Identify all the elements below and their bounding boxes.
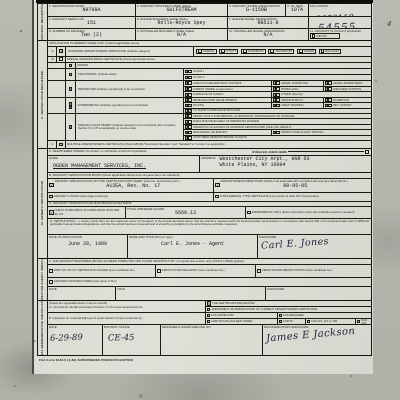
far-65-checkbox xyxy=(279,320,283,324)
exhibition-checkbox xyxy=(328,98,332,102)
import-option-label: IMPORT xyxy=(316,35,327,38)
district-office-label: DISTRICT OFFICE xyxy=(104,326,159,329)
aerial-surveying-label: AERIAL SURVEYING xyxy=(281,82,308,85)
limited-indent xyxy=(48,63,66,68)
propeller-builder-field: 9. PROPELLER BUILDER'S NAME (Make) N/A xyxy=(136,29,228,40)
name-title-label: NAME AND TITLE (Print or type) xyxy=(129,236,256,239)
section-4-side-strip: IV. INSPECTION AGENCY VERIFICATION xyxy=(38,259,48,300)
owner-certification-text: D. CERTIFICATION — I hereby certify that… xyxy=(48,219,371,234)
class-2-checkbox xyxy=(188,76,192,80)
opt-faa-inspector: FAA INSPECTOR xyxy=(206,313,278,318)
section-4-side-label: IV. INSPECTION AGENCY VERIFICATION xyxy=(41,259,44,300)
certificate-holder-label: CERTIFICATE HOLDER UNDER xyxy=(211,320,252,323)
aircraft-is-label: 11. AIRCRAFT IS (Check if applicable) xyxy=(310,30,370,33)
section-1-side-label: I. AIRCRAFT DESCRIPTION xyxy=(41,4,44,40)
opt-evacuate: 2EVACUATE FROM AREA OF IMPENDING DANGER xyxy=(184,119,371,123)
excess-weight-checkbox xyxy=(188,125,192,129)
records-compliance-field: X CHECK IF RECORDS IN COMPLIANCE WITH FA… xyxy=(48,207,126,218)
item-a-letter-cell: A xyxy=(48,47,57,56)
opt-class-1: 1CLASS I xyxy=(184,69,371,74)
section-5-side-strip: V. FAA REPRESENTATIVE CERTIFICATION xyxy=(38,301,48,355)
registration-mark-field: 1. REGISTRATION MARK N9798A xyxy=(48,4,136,16)
experimental-num-cell: 5X xyxy=(66,98,76,113)
propeller-model-value: N/A xyxy=(229,33,307,39)
faa-coding-2-value-handwritten: 54555 xyxy=(318,21,357,28)
owner-name-field: NAME OGDEN MANAGEMENT SERVICES, INC. xyxy=(48,156,200,172)
engine-builder-field: 6. ENGINE BUILDER'S NAME (Make) Rolls-Ro… xyxy=(136,17,228,28)
cargo-checkbox xyxy=(188,93,192,97)
ferry-checkbox xyxy=(188,114,192,118)
sfp-options: 1FERRY FLIGHT FOR REPAIRS, ALTERATIONS, … xyxy=(184,114,371,140)
owner-name-value: OGDEN MANAGEMENT SERVICES, INC. xyxy=(53,164,198,170)
import-checkbox xyxy=(312,34,316,38)
amateur-label: AMATEUR BUILT xyxy=(281,99,303,102)
owner-name-label: NAME xyxy=(49,157,198,160)
normal-checkbox xyxy=(198,49,202,53)
restricted-options: 1AGRICULTURE AND PEST CONTROL 2AERIAL SU… xyxy=(184,81,371,97)
provisional-options: 1CLASS I 2CLASS II xyxy=(184,69,371,80)
district-office-value-handwritten: CE-45 xyxy=(108,332,159,343)
opt-mkt-survey: 6MKT. SURVEY xyxy=(324,103,371,107)
faa-designee-label: FAA DESIGNEE xyxy=(283,314,303,317)
section-3-side-strip: III. OWNER'S CERTIFICATION xyxy=(38,149,48,258)
owner-signature-field: SIGNATURE Carl E. Jones xyxy=(258,235,371,258)
aircraft-manufacturer-field: AIRCRAFT MANUFACTURER (Give name of firm… xyxy=(48,278,371,286)
opt-production-testing: 5PRODUCTION FLIGHT TESTING xyxy=(272,130,371,134)
provisional-checkbox: 3 xyxy=(69,73,73,77)
patrolling-checkbox xyxy=(276,87,280,91)
stc-field: SUPPLEMENTAL TYPE CERTIFICATE (List numb… xyxy=(214,193,371,201)
owner-address-line-2: White Plains, NY 10604 xyxy=(220,163,370,169)
dealer-check-area: IF DEALER, CHECK HERE xyxy=(251,150,371,154)
excess-weight-label: OPERATION IN EXCESS OF MAXIMUM CERTIFICA… xyxy=(193,126,291,129)
balloon-label: BALLOON xyxy=(325,50,338,53)
repair-station-label: CERTIFICATED REPAIR STATION (Give Certif… xyxy=(261,269,332,272)
experimental-only-label: EXPERIMENTAL ONLY (Enter hours flown sin… xyxy=(251,211,355,214)
limited-label: LIMITED xyxy=(77,64,88,67)
standard-certificate-label: STANDARD AIRWORTHINESS CERTIFICATE (Indi… xyxy=(68,50,150,53)
far-121-checkbox xyxy=(307,320,311,324)
section-3-side-label: III. OWNER'S CERTIFICATION xyxy=(41,181,44,225)
section-5-side-label: V. FAA REPRESENTATIVE CERTIFICATION xyxy=(41,301,44,355)
experimental-cell: EXPERIMENTAL (Indicate operation(s) to b… xyxy=(76,98,184,113)
weather-control-label: WEATHER CONTROL xyxy=(333,88,361,91)
designee-signature-field: DESIGNEE'S SIGNATURE AND NO. xyxy=(161,325,263,355)
customer-demo-label: CUSTOMER DEMONSTRATION FLIGHTS xyxy=(193,136,247,139)
class-1-label: CLASS I xyxy=(193,70,204,73)
opt-customer-demo: 6CUSTOMER DEMONSTRATION FLIGHTS xyxy=(184,136,371,140)
far-145-checkbox xyxy=(357,320,361,324)
number-of-engines-value: Two (2) xyxy=(49,33,134,39)
research-label: RESEARCH AND DEVELOPMENT xyxy=(193,99,237,102)
patrolling-label: PATROLLING xyxy=(281,88,298,91)
find-requirements-label: A. I find that the aircraft described in… xyxy=(49,306,204,309)
opt-patrolling: 5PATROLLING xyxy=(272,87,324,92)
item-b-letter: B xyxy=(52,58,54,61)
special-certificate-label: SPECIAL AIRWORTHINESS CERTIFICATE (Check… xyxy=(67,58,155,61)
special-checkbox xyxy=(59,57,63,61)
propeller-model-field: 10. PROPELLER MODEL DESIGNATION N/A xyxy=(228,29,309,40)
item-c-num-cell: 7 xyxy=(57,141,66,148)
standard-certificate-cell: STANDARD AIRWORTHINESS CERTIFICATE (Indi… xyxy=(66,47,194,56)
evacuate-label: EVACUATE FROM AREA OF IMPENDING DANGER xyxy=(193,120,259,123)
far-65-label: FAR 65 xyxy=(283,320,292,323)
provisional-cell: PROVISIONAL (Indicate class) xyxy=(76,69,184,80)
opt-agriculture: 1AGRICULTURE AND PEST CONTROL xyxy=(184,81,272,86)
faa-date-value-handwritten: 6-29-89 xyxy=(50,332,101,344)
section-1-side-strip: I. AIRCRAFT DESCRIPTION xyxy=(38,4,48,40)
section-owners-certification: III. OWNER'S CERTIFICATION A. REGISTERED… xyxy=(38,149,371,259)
section-faa-representative: V. FAA REPRESENTATIVE CERTIFICATION (Che… xyxy=(38,301,371,355)
agriculture-checkbox xyxy=(188,81,192,85)
opt-far-145: FAR 145 xyxy=(356,319,371,324)
mkt-survey-label: MKT. SURVEY xyxy=(333,104,352,107)
aerial-surveying-checkbox xyxy=(276,81,280,85)
production-checkbox xyxy=(276,131,280,135)
aircraft-listing-checkbox xyxy=(49,195,53,199)
experimental-only-field: EXPERIMENTAL ONLY (Enter hours flown sin… xyxy=(246,207,371,218)
opt-forest: 4FOREST (Wildlife conservation) xyxy=(184,87,272,92)
operation-records-header: C. AIRCRAFT OPERATION AND MAINTENANCE RE… xyxy=(48,202,131,205)
acrobatic-label: ACROBATIC xyxy=(248,50,264,53)
name-title-value: Carl E. Jones - Agent xyxy=(129,242,256,248)
faa-designee-checkbox xyxy=(279,314,283,318)
utility-label: UTILITY xyxy=(226,50,236,53)
faa-coding-value-handwritten: 3980110 xyxy=(316,13,354,16)
certificated-mechanic-field: CERTIFICATED MECHANIC (Give Certificate … xyxy=(156,265,256,277)
restricted-cell: RESTRICTED (Indicate operation(s) to be … xyxy=(76,81,184,97)
opt-faa-designee: FAA DESIGNEE xyxy=(278,313,371,318)
racing-checkbox xyxy=(188,104,192,108)
aircraft-model-field: 3. AIRCRAFT MODEL DESIGNATION G-1159B xyxy=(228,4,286,16)
opt-weather-control: 6WEATHER CONTROL xyxy=(324,87,371,92)
item-c-letter: C xyxy=(51,143,53,146)
inspection-signature-field: SIGNATURE xyxy=(266,287,371,300)
multiple-certificate-label: MULTIPLE AIRWORTHINESS CERTIFICATE (Chec… xyxy=(67,143,224,146)
class-2-label: CLASS II xyxy=(193,76,205,79)
aircraft-listing-label: AIRCRAFT LISTING (Give page number(s)) xyxy=(54,195,109,198)
opt-excess-weight: 3OPERATION IN EXCESS OF MAXIMUM CERTIFIC… xyxy=(184,125,371,129)
restricted-label: RESTRICTED (Indicate operation(s) to be … xyxy=(78,88,145,91)
category-utility: UTILITY xyxy=(219,49,238,55)
glider-checkbox xyxy=(299,49,303,53)
number-of-engines-field: 8. NUMBER OF ENGINES Two (2) xyxy=(48,29,136,40)
standard-categories: NORMAL UTILITY ACROBATIC TRANSPORT GLIDE… xyxy=(194,49,371,55)
sfp-num-cell: 6 xyxy=(66,114,76,140)
faa-inspector-label: FAA INSPECTOR xyxy=(211,314,233,317)
form-footer-text: FAA Form 8130-6 (4-86) SUPERSEDES PREVIO… xyxy=(39,358,133,362)
sfp-label: SPECIAL FLIGHT PERMIT (Indicate operatio… xyxy=(78,124,182,130)
scanned-form-paper: I. AIRCRAFT DESCRIPTION 1. REGISTRATION … xyxy=(32,0,373,374)
special-certificate-cell: SPECIAL AIRWORTHINESS CERTIFICATE (Check… xyxy=(66,57,371,63)
balloon-checkbox xyxy=(321,49,325,53)
limited-cell: LIMITED xyxy=(76,63,371,68)
section-inspection-agency: IV. INSPECTION AGENCY VERIFICATION A. TH… xyxy=(38,259,371,301)
section-aircraft-description: I. AIRCRAFT DESCRIPTION 1. REGISTRATION … xyxy=(38,4,371,41)
aircraft-builder-field: 2. AIRCRAFT BUILDER'S NAME (Make) GULFST… xyxy=(136,4,228,16)
opt-class-2: 2CLASS II xyxy=(184,75,371,80)
spec-sheet-field: X AIRCRAFT SPECIFICATION OR TYPE CERTIFI… xyxy=(48,179,214,192)
faa-inspector-checkbox xyxy=(207,314,211,318)
cargo-label: CARRIAGE OF CARGO xyxy=(193,93,223,96)
opt-carriage-of-cargo: 7CARRIAGE OF CARGO xyxy=(184,92,272,97)
registered-owner-header: A. REGISTERED OWNER (As shown on certifi… xyxy=(48,150,251,153)
margin-handwritten-note: 4 xyxy=(386,20,392,29)
agriculture-label: AGRICULTURE AND PEST CONTROL xyxy=(193,82,242,85)
crew-training-label: CREW TRAINING xyxy=(281,104,304,107)
category-transport: TRANSPORT xyxy=(268,49,294,55)
faa-date-field: DATE 6-29-89 xyxy=(48,325,103,355)
provisional-num-cell: 3 xyxy=(66,69,76,80)
application-date-field: DATE OF APPLICATION June 28, 1989 xyxy=(48,235,128,258)
serial-number-field: 5. AIRCRAFT SERIAL NO. 151 xyxy=(48,17,136,28)
provisional-indent xyxy=(48,69,66,80)
amateur-checkbox xyxy=(276,98,280,102)
category-balloon: BALLOON xyxy=(319,49,341,55)
application-date-label: DATE OF APPLICATION xyxy=(49,236,126,239)
opt-far-121: FAR 121, 127 or 135 xyxy=(306,319,356,324)
owner-address-label: ADDRESS xyxy=(201,157,216,160)
opt-delivering-export: 4DELIVERING OR EXPORT xyxy=(184,130,272,134)
item-c-letter-cell: C xyxy=(48,141,57,148)
limited-checkbox: 2 xyxy=(69,64,73,68)
ad-field: X AIRWORTHINESS DIRECTIVES (Check if all… xyxy=(214,179,371,192)
crew-training-checkbox xyxy=(276,104,280,108)
opt-aerial-advertising: 3AERIAL ADVERTISING xyxy=(324,81,371,86)
aircraft-builder-value: GULFSTREAM xyxy=(137,8,226,14)
opt-aerial-surveying: 2AERIAL SURVEYING xyxy=(272,81,324,86)
dealer-arrow-line xyxy=(288,151,363,152)
engine-model-field: 7. ENGINE MODEL DESIGNATION RB511-8 xyxy=(228,17,309,28)
propeller-builder-value: N/A xyxy=(137,33,226,39)
item-a-number-cell: 1 xyxy=(57,47,66,56)
application-date-value: June 28, 1989 xyxy=(49,242,126,248)
delivering-checkbox xyxy=(188,131,192,135)
opt-exhibition: 3EXHIBITION xyxy=(324,98,371,102)
conducted-by-options: FAA INSPECTOR FAA DESIGNEE CERTIFICATE H… xyxy=(206,313,371,324)
faa-date-label: DATE xyxy=(49,326,101,329)
normal-label: NORMAL xyxy=(203,50,215,53)
sfp-checkbox: 6 xyxy=(69,125,73,129)
experimental-checkbox: X xyxy=(69,106,73,110)
multiple-checkbox: 7 xyxy=(59,143,63,147)
dealer-checkbox xyxy=(365,150,369,154)
faa-inspector-signature-field: FAA INSPECTOR'S SIGNATURE James E Jackso… xyxy=(263,325,371,355)
aircraft-manufacturer-label: AIRCRAFT MANUFACTURER (Give name of firm… xyxy=(53,280,117,283)
research-checkbox xyxy=(188,98,192,102)
opt-crew-training: 5CREW TRAINING xyxy=(272,103,324,107)
opt-show-compliance: 0XTO SHOW COMPLIANCE WITH FAR xyxy=(184,109,371,113)
provisional-label: PROVISIONAL (Indicate class) xyxy=(78,73,116,76)
far-121-label: FAR 121, 127 or 135 xyxy=(311,320,337,323)
serial-number-value: 151 xyxy=(49,21,134,27)
ad-value: 89-05-05 xyxy=(221,184,371,190)
part-121-127-field: PART 121 OR 127 CERTIFICATE HOLDER (Give… xyxy=(48,265,156,277)
certificate-requested-checkbox: X xyxy=(207,301,212,306)
faa-coding-2-field: 54555 xyxy=(309,17,371,28)
registration-mark-value: N9798A xyxy=(49,8,134,14)
aircraft-model-value: G-1159B xyxy=(229,8,284,14)
aerial-advertising-label: AERIAL ADVERTISING xyxy=(333,82,362,85)
forest-checkbox xyxy=(188,87,192,91)
inspection-signature-label: SIGNATURE xyxy=(267,288,370,291)
repair-station-field: CERTIFICATED REPAIR STATION (Give Certif… xyxy=(256,265,371,277)
customer-demo-checkbox xyxy=(188,136,192,140)
production-label: PRODUCTION FLIGHT TESTING xyxy=(281,131,323,134)
section-certification-requested: II. CERTIFICATION REQUESTED APPLICATION … xyxy=(38,41,371,149)
transport-label: TRANSPORT xyxy=(275,50,292,53)
aerial-advertising-checkbox xyxy=(328,81,332,85)
inspection-date-label: DATE xyxy=(49,288,114,291)
import-option: IMPORT xyxy=(310,33,340,39)
scan-speckles xyxy=(20,30,22,32)
ferry-label: FERRY FLIGHT FOR REPAIRS, ALTERATIONS, M… xyxy=(193,115,294,118)
records-compliance-label: CHECK IF RECORDS IN COMPLIANCE WITH FAR … xyxy=(54,209,125,215)
find-requirements-cell: (Check ALL applicable blocks in items A … xyxy=(48,301,206,312)
restricted-num-cell: 4 xyxy=(66,81,76,97)
special-permit-inspection-label: B. Inspection for a special flight permi… xyxy=(49,317,142,320)
opt-far-65: FAR 65 xyxy=(278,319,306,324)
show-compliance-checkbox: X xyxy=(188,109,192,113)
certification-basis-header: B. AIRCRAFT CERTIFICATION BASIS (Check a… xyxy=(48,174,179,177)
opt-amateur-built: 2AMATEUR BUILT xyxy=(272,98,324,102)
forest-label: FOREST (Wildlife conservation) xyxy=(193,88,233,91)
category-normal: NORMAL xyxy=(196,49,217,55)
designee-signature-label: DESIGNEE'S SIGNATURE AND NO. xyxy=(162,326,261,329)
other-checkbox xyxy=(276,93,280,97)
class-1-checkbox xyxy=(188,70,192,74)
utility-checkbox xyxy=(221,49,225,53)
aircraft-is-field: 11. AIRCRAFT IS (Check if applicable) IM… xyxy=(309,29,371,40)
amendment-checkbox xyxy=(207,308,211,312)
opt-ferry-flight: 1FERRY FLIGHT FOR REPAIRS, ALTERATIONS, … xyxy=(184,114,371,118)
inspection-title-field: TITLE xyxy=(116,287,266,300)
show-compliance-label: TO SHOW COMPLIANCE WITH FAR xyxy=(193,109,240,112)
exhibition-label: EXHIBITION xyxy=(333,99,349,102)
far-145-label: FAR 145 xyxy=(361,319,370,324)
faa-coding-field: FAA CODING 3980110 xyxy=(309,4,371,16)
item-a-letter: A xyxy=(52,50,54,53)
restricted-checkbox: 4 xyxy=(69,87,73,91)
multiple-certificate-cell: MULTIPLE AIRWORTHINESS CERTIFICATE (Chec… xyxy=(66,141,371,148)
racing-label: RACING xyxy=(193,104,204,107)
sfp-cell: SPECIAL FLIGHT PERMIT (Indicate operatio… xyxy=(76,114,184,140)
registered-owner-label: A. REGISTERED OWNER (As shown on certifi… xyxy=(49,150,147,153)
airframe-hours-field: TOTAL AIRFRAME HOURS 5669.13 xyxy=(126,207,246,218)
aircraft-listing-field: AIRCRAFT LISTING (Give page number(s)) xyxy=(48,193,214,201)
mkt-survey-checkbox xyxy=(328,104,332,108)
transport-checkbox xyxy=(270,49,274,53)
inspected-airworthy-header: A. THE AIRCRAFT DESCRIBED ABOVE HAS BEEN… xyxy=(48,260,244,263)
category-glider: GLIDER xyxy=(297,49,316,55)
stc-checkbox xyxy=(215,195,219,199)
category-acrobatic: ACROBATIC xyxy=(241,49,266,55)
certificate-holder-checkbox xyxy=(207,320,211,324)
faa-coding-label: FAA CODING xyxy=(310,5,370,8)
item-b-letter-cell: B xyxy=(48,57,57,63)
amendment-label: AMENDMENT OR MODIFICATION OF CURRENT AIR… xyxy=(211,308,317,311)
certificated-mechanic-label: CERTIFICATED MECHANIC (Give Certificate … xyxy=(161,269,225,272)
section-2-side-strip: II. CERTIFICATION REQUESTED xyxy=(38,41,48,148)
engine-model-value: RB511-8 xyxy=(229,21,307,27)
delivering-label: DELIVERING OR EXPORT xyxy=(193,131,227,134)
sfp-indent xyxy=(48,114,66,140)
section-2-side-label: II. CERTIFICATION REQUESTED xyxy=(41,71,44,119)
opt-research-development: 1RESEARCH AND DEVELOPMENT xyxy=(184,98,272,102)
opt-certificate-holder: CERTIFICATE HOLDER UNDER xyxy=(206,319,278,324)
stc-label: SUPPLEMENTAL TYPE CERTIFICATE (List numb… xyxy=(220,195,319,198)
owner-address-field: ADDRESS Westchester City Arpt., HGR D3 W… xyxy=(200,156,371,172)
opt-other: 0OTHER (Specify) xyxy=(272,92,371,97)
limited-num-cell: 2 xyxy=(66,63,76,68)
part-121-127-label: PART 121 OR 127 CERTIFICATE HOLDER (Give… xyxy=(53,269,135,272)
acrobatic-checkbox xyxy=(243,49,247,53)
special-permit-inspection-cell: B. Inspection for a special flight permi… xyxy=(48,313,206,324)
certificate-requested-label: THE CERTIFICATE REQUESTED xyxy=(212,302,255,305)
inspection-date-field: DATE xyxy=(48,287,116,300)
restricted-indent xyxy=(48,81,66,97)
standard-checkbox: 1 xyxy=(59,49,63,53)
airframe-hours-value: 5669.13 xyxy=(127,211,244,217)
faa-form-8130-6: I. AIRCRAFT DESCRIPTION 1. REGISTRATION … xyxy=(37,3,372,356)
opt-racing: 4RACING xyxy=(184,103,272,107)
opt-certificate-requested: XTHE CERTIFICATE REQUESTED xyxy=(206,301,371,306)
requirements-options: XTHE CERTIFICATE REQUESTED AMENDMENT OR … xyxy=(206,301,371,312)
glider-label: GLIDER xyxy=(304,50,314,53)
experimental-options: 1RESEARCH AND DEVELOPMENT 2AMATEUR BUILT… xyxy=(184,98,371,113)
inspection-title-label: TITLE xyxy=(117,288,264,291)
name-title-field: NAME AND TITLE (Print or type) Carl E. J… xyxy=(128,235,258,258)
experimental-indent xyxy=(48,98,66,113)
year-mfr-field: 4. YR. MFR. 1974 xyxy=(286,4,309,16)
district-office-field: DISTRICT OFFICE CE-45 xyxy=(103,325,161,355)
application-header: APPLICATION IS HEREBY MADE FOR: (Check a… xyxy=(48,42,139,45)
experimental-label: EXPERIMENTAL (Indicate operation(s) to b… xyxy=(78,104,148,107)
engine-builder-value: Rolls-Royce Spey xyxy=(137,21,226,27)
dealer-check-label: IF DEALER, CHECK HERE xyxy=(252,151,287,154)
evacuate-checkbox xyxy=(188,120,192,124)
spec-sheet-value: A12EA, Rev. No. 17 xyxy=(55,184,213,190)
item-b-check-cell xyxy=(57,57,66,63)
other-label: OTHER (Specify) xyxy=(281,93,303,96)
opt-amendment: AMENDMENT OR MODIFICATION OF CURRENT AIR… xyxy=(206,307,371,312)
year-mfr-value: 1974 xyxy=(287,8,307,14)
weather-control-checkbox xyxy=(328,87,332,91)
